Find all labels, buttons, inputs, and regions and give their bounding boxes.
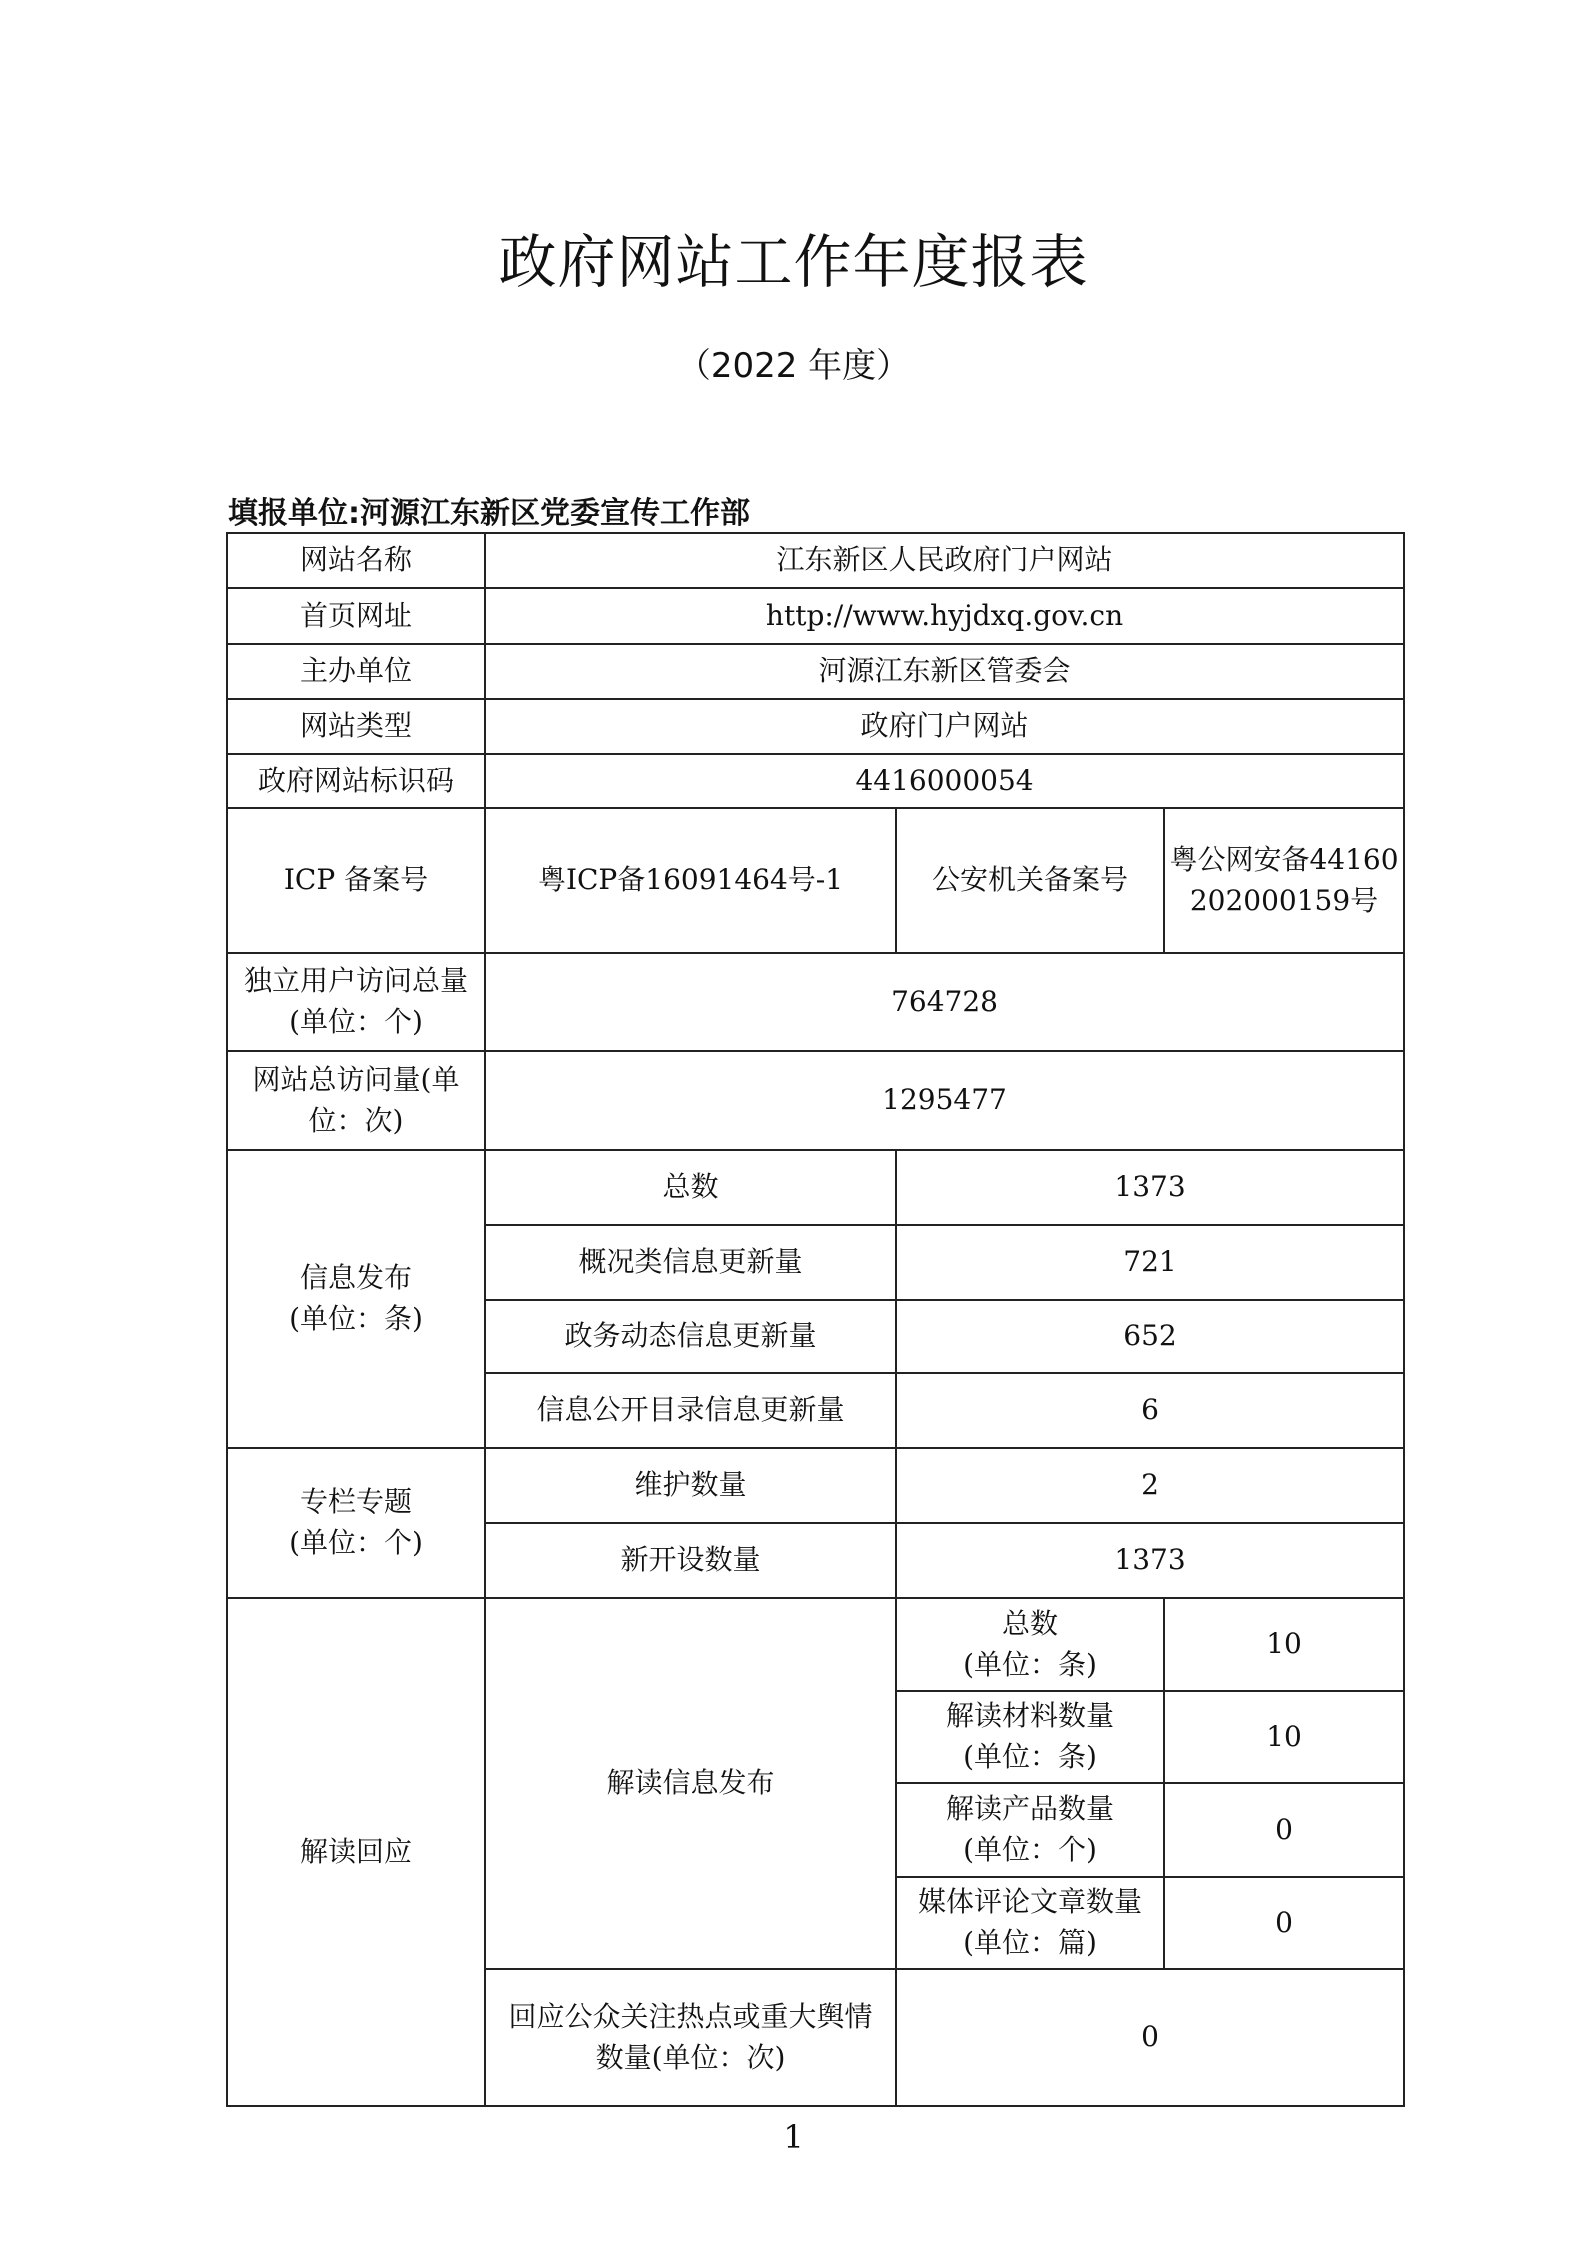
table-row: 网站名称 江东新区人民政府门户网站 xyxy=(227,533,1404,588)
value-cell: 6 xyxy=(896,1373,1404,1448)
table-row: ICP 备案号 粤ICP备16091464号-1 公安机关备案号 粤公网安备44… xyxy=(227,808,1404,953)
label-cell: 首页网址 xyxy=(227,588,485,644)
value-cell: 2 xyxy=(896,1448,1404,1523)
table-row: 首页网址 http://www.hyjdxq.gov.cn xyxy=(227,588,1404,644)
value-cell: 0 xyxy=(1164,1783,1404,1877)
label-cell: 概况类信息更新量 xyxy=(485,1225,896,1300)
group-unit: (单位：条) xyxy=(232,1299,480,1340)
label-cell: 公安机关备案号 xyxy=(896,808,1164,953)
row-label: 解读产品数量 xyxy=(901,1789,1159,1830)
value-cell: 河源江东新区管委会 xyxy=(485,644,1404,699)
page-title: 政府网站工作年度报表 xyxy=(0,215,1587,299)
table-row: 独立用户访问总量(单位：个) 764728 xyxy=(227,953,1404,1051)
row-unit: (单位：篇) xyxy=(901,1923,1159,1964)
table-row: 专栏专题 (单位：个) 维护数量 2 xyxy=(227,1448,1404,1523)
label-cell: 回应公众关注热点或重大舆情数量(单位：次) xyxy=(485,1969,896,2106)
row-unit: (单位：条) xyxy=(901,1645,1159,1686)
report-table: 网站名称 江东新区人民政府门户网站 首页网址 http://www.hyjdxq… xyxy=(226,532,1405,2107)
label-cell: 网站名称 xyxy=(227,533,485,588)
value-cell: 江东新区人民政府门户网站 xyxy=(485,533,1404,588)
group-unit: (单位：个) xyxy=(232,1523,480,1564)
subgroup-label-cell: 解读信息发布 xyxy=(485,1598,896,1969)
value-cell: 政府门户网站 xyxy=(485,699,1404,754)
row-unit: (单位：条) xyxy=(901,1737,1159,1778)
table-row: 主办单位 河源江东新区管委会 xyxy=(227,644,1404,699)
value-cell: 764728 xyxy=(485,953,1404,1051)
label-cell: 维护数量 xyxy=(485,1448,896,1523)
value-cell: 10 xyxy=(1164,1691,1404,1783)
label-cell: 独立用户访问总量(单位：个) xyxy=(227,953,485,1051)
table-row: 网站总访问量(单位：次) 1295477 xyxy=(227,1051,1404,1150)
table-row: 解读回应 解读信息发布 总数 (单位：条) 10 xyxy=(227,1598,1404,1691)
value-cell: 1373 xyxy=(896,1523,1404,1598)
value-cell: 10 xyxy=(1164,1598,1404,1691)
label-cell: 主办单位 xyxy=(227,644,485,699)
group-label: 专栏专题 xyxy=(232,1482,480,1523)
table-row: 信息发布 (单位：条) 总数 1373 xyxy=(227,1150,1404,1225)
label-cell: 信息公开目录信息更新量 xyxy=(485,1373,896,1448)
value-cell: 1295477 xyxy=(485,1051,1404,1150)
label-cell: 总数 xyxy=(485,1150,896,1225)
group-label: 信息发布 xyxy=(232,1258,480,1299)
label-cell: 解读产品数量 (单位：个) xyxy=(896,1783,1164,1877)
value-cell: 粤ICP备16091464号-1 xyxy=(485,808,896,953)
report-year: （2022 年度） xyxy=(0,338,1587,387)
row-label: 解读材料数量 xyxy=(901,1696,1159,1737)
group-label-cell: 专栏专题 (单位：个) xyxy=(227,1448,485,1598)
page-number: 1 xyxy=(0,2118,1587,2156)
label-cell: 网站类型 xyxy=(227,699,485,754)
label-cell: 网站总访问量(单位：次) xyxy=(227,1051,485,1150)
value-cell: 粤公网安备44160202000159号 xyxy=(1164,808,1404,953)
label-cell: 总数 (单位：条) xyxy=(896,1598,1164,1691)
row-label: 媒体评论文章数量 xyxy=(901,1882,1159,1923)
value-cell: 0 xyxy=(1164,1877,1404,1969)
label-cell: 媒体评论文章数量 (单位：篇) xyxy=(896,1877,1164,1969)
value-cell: 652 xyxy=(896,1300,1404,1373)
group-label-cell: 解读回应 xyxy=(227,1598,485,2106)
value-cell: 721 xyxy=(896,1225,1404,1300)
row-label: 总数 xyxy=(901,1604,1159,1645)
reporting-unit: 填报单位:河源江东新区党委宣传工作部 xyxy=(228,488,750,532)
homepage-url-link[interactable]: http://www.hyjdxq.gov.cn xyxy=(485,588,1404,644)
value-cell: 1373 xyxy=(896,1150,1404,1225)
table-row: 政府网站标识码 4416000054 xyxy=(227,754,1404,808)
value-cell: 0 xyxy=(896,1969,1404,2106)
row-unit: (单位：个) xyxy=(901,1830,1159,1871)
label-cell: 解读材料数量 (单位：条) xyxy=(896,1691,1164,1783)
label-cell: 新开设数量 xyxy=(485,1523,896,1598)
table-row: 网站类型 政府门户网站 xyxy=(227,699,1404,754)
label-cell: 政务动态信息更新量 xyxy=(485,1300,896,1373)
label-cell: 政府网站标识码 xyxy=(227,754,485,808)
label-cell: ICP 备案号 xyxy=(227,808,485,953)
value-cell: 4416000054 xyxy=(485,754,1404,808)
group-label-cell: 信息发布 (单位：条) xyxy=(227,1150,485,1448)
